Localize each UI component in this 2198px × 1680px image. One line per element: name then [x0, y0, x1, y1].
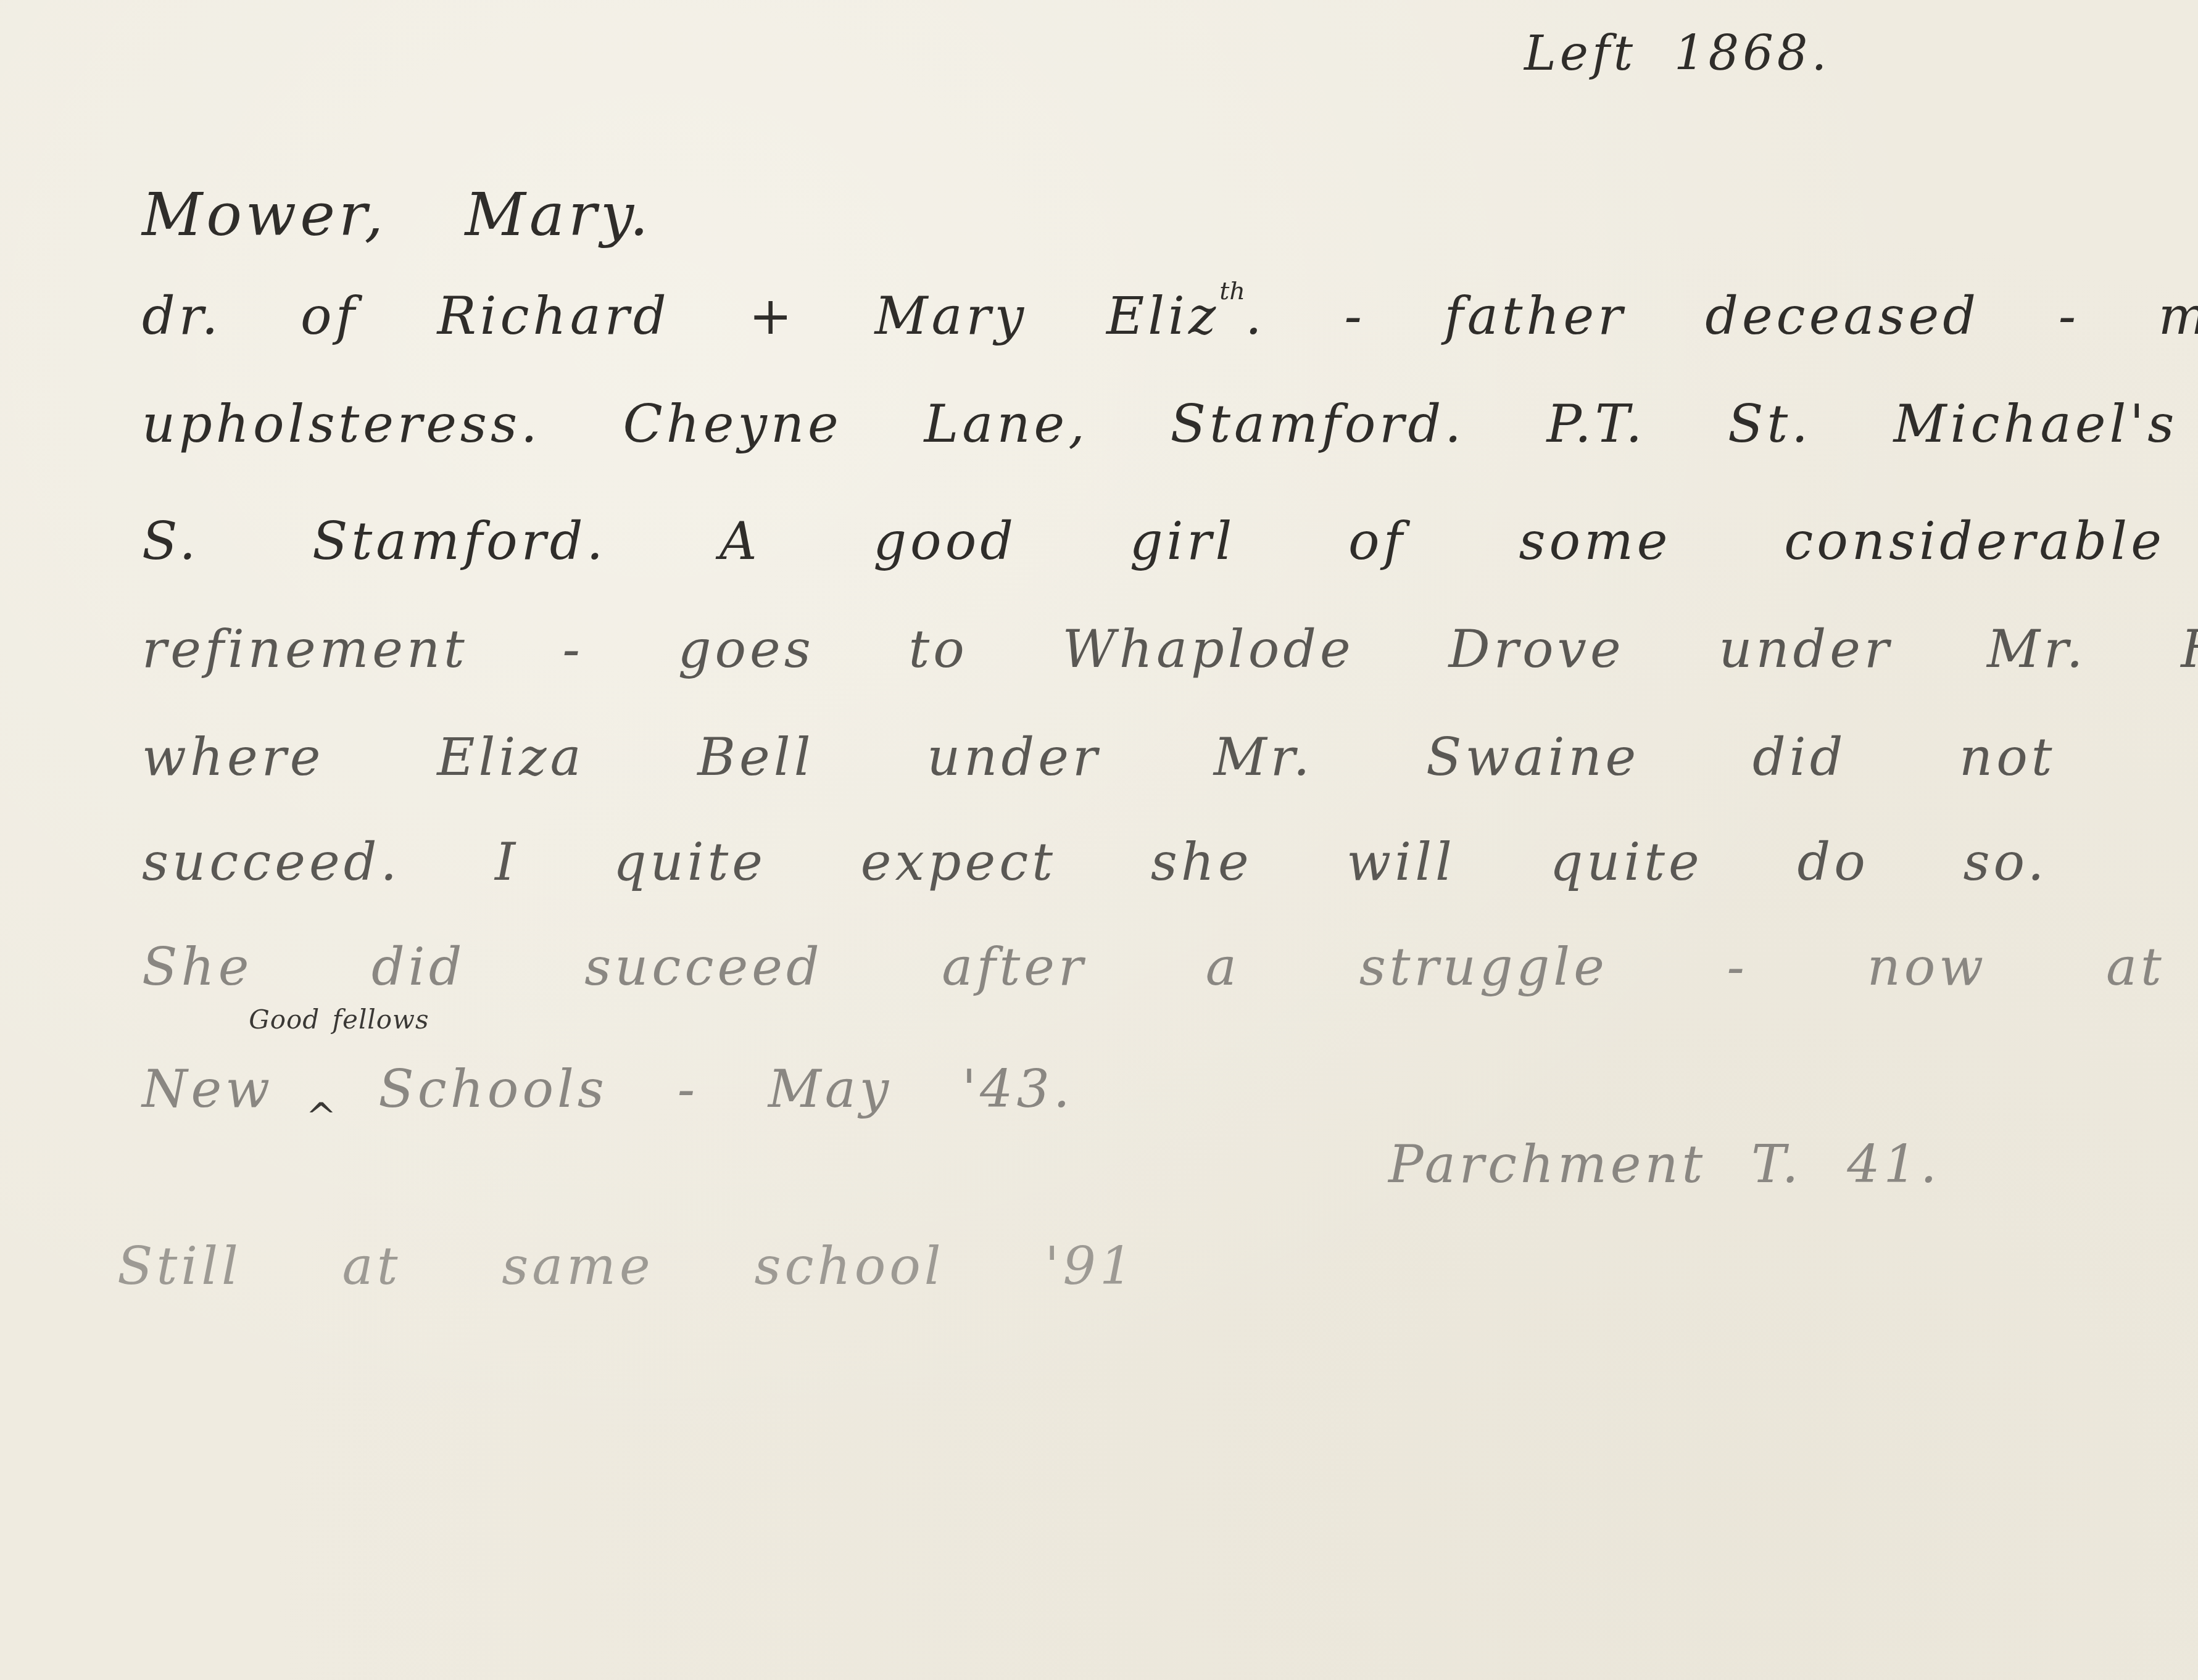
insertion-mark: Good fellows^ — [273, 1055, 378, 1107]
entry-line-1-post: . - father deceased - mother — [1245, 286, 2198, 346]
caret-icon: ^ — [305, 1098, 340, 1135]
entry-line-4: refinement - goes to Whaplode Drove unde… — [142, 623, 2198, 675]
entry-line-8: NewGood fellows^Schools - May '43. — [142, 1055, 1074, 1115]
entry-line-3: S. Stamford. A good girl of some conside… — [142, 515, 2165, 567]
entry-line-6: succeed. I quite expect she will quite d… — [142, 836, 2047, 888]
final-note: Still at same school '91 — [117, 1240, 1136, 1292]
entry-name: Mower, Mary. — [142, 185, 652, 244]
entry-line-1: dr. of Richard + Mary Elizth. - father d… — [142, 290, 2198, 342]
entry-line-1-pre: dr. of Richard + Mary Eliz — [142, 286, 1219, 346]
superscript-th: th — [1219, 277, 1245, 305]
entry-line-5: where Eliza Bell under Mr. Swaine did no… — [142, 731, 2056, 783]
entry-line-7: She did succeed after a struggle - now a… — [142, 941, 2198, 993]
entry-line-8-pre: New — [142, 1059, 273, 1119]
parchment-note: Parchment T. 41. — [1388, 1138, 1941, 1190]
entry-line-8-post: Schools - May '43. — [378, 1059, 1074, 1119]
entry-line-2: upholsteress. Cheyne Lane, Stamford. P.T… — [142, 398, 2178, 450]
interlinear-insertion: Good fellows — [249, 1007, 429, 1033]
date-note: Left 1868. — [1524, 30, 1830, 78]
